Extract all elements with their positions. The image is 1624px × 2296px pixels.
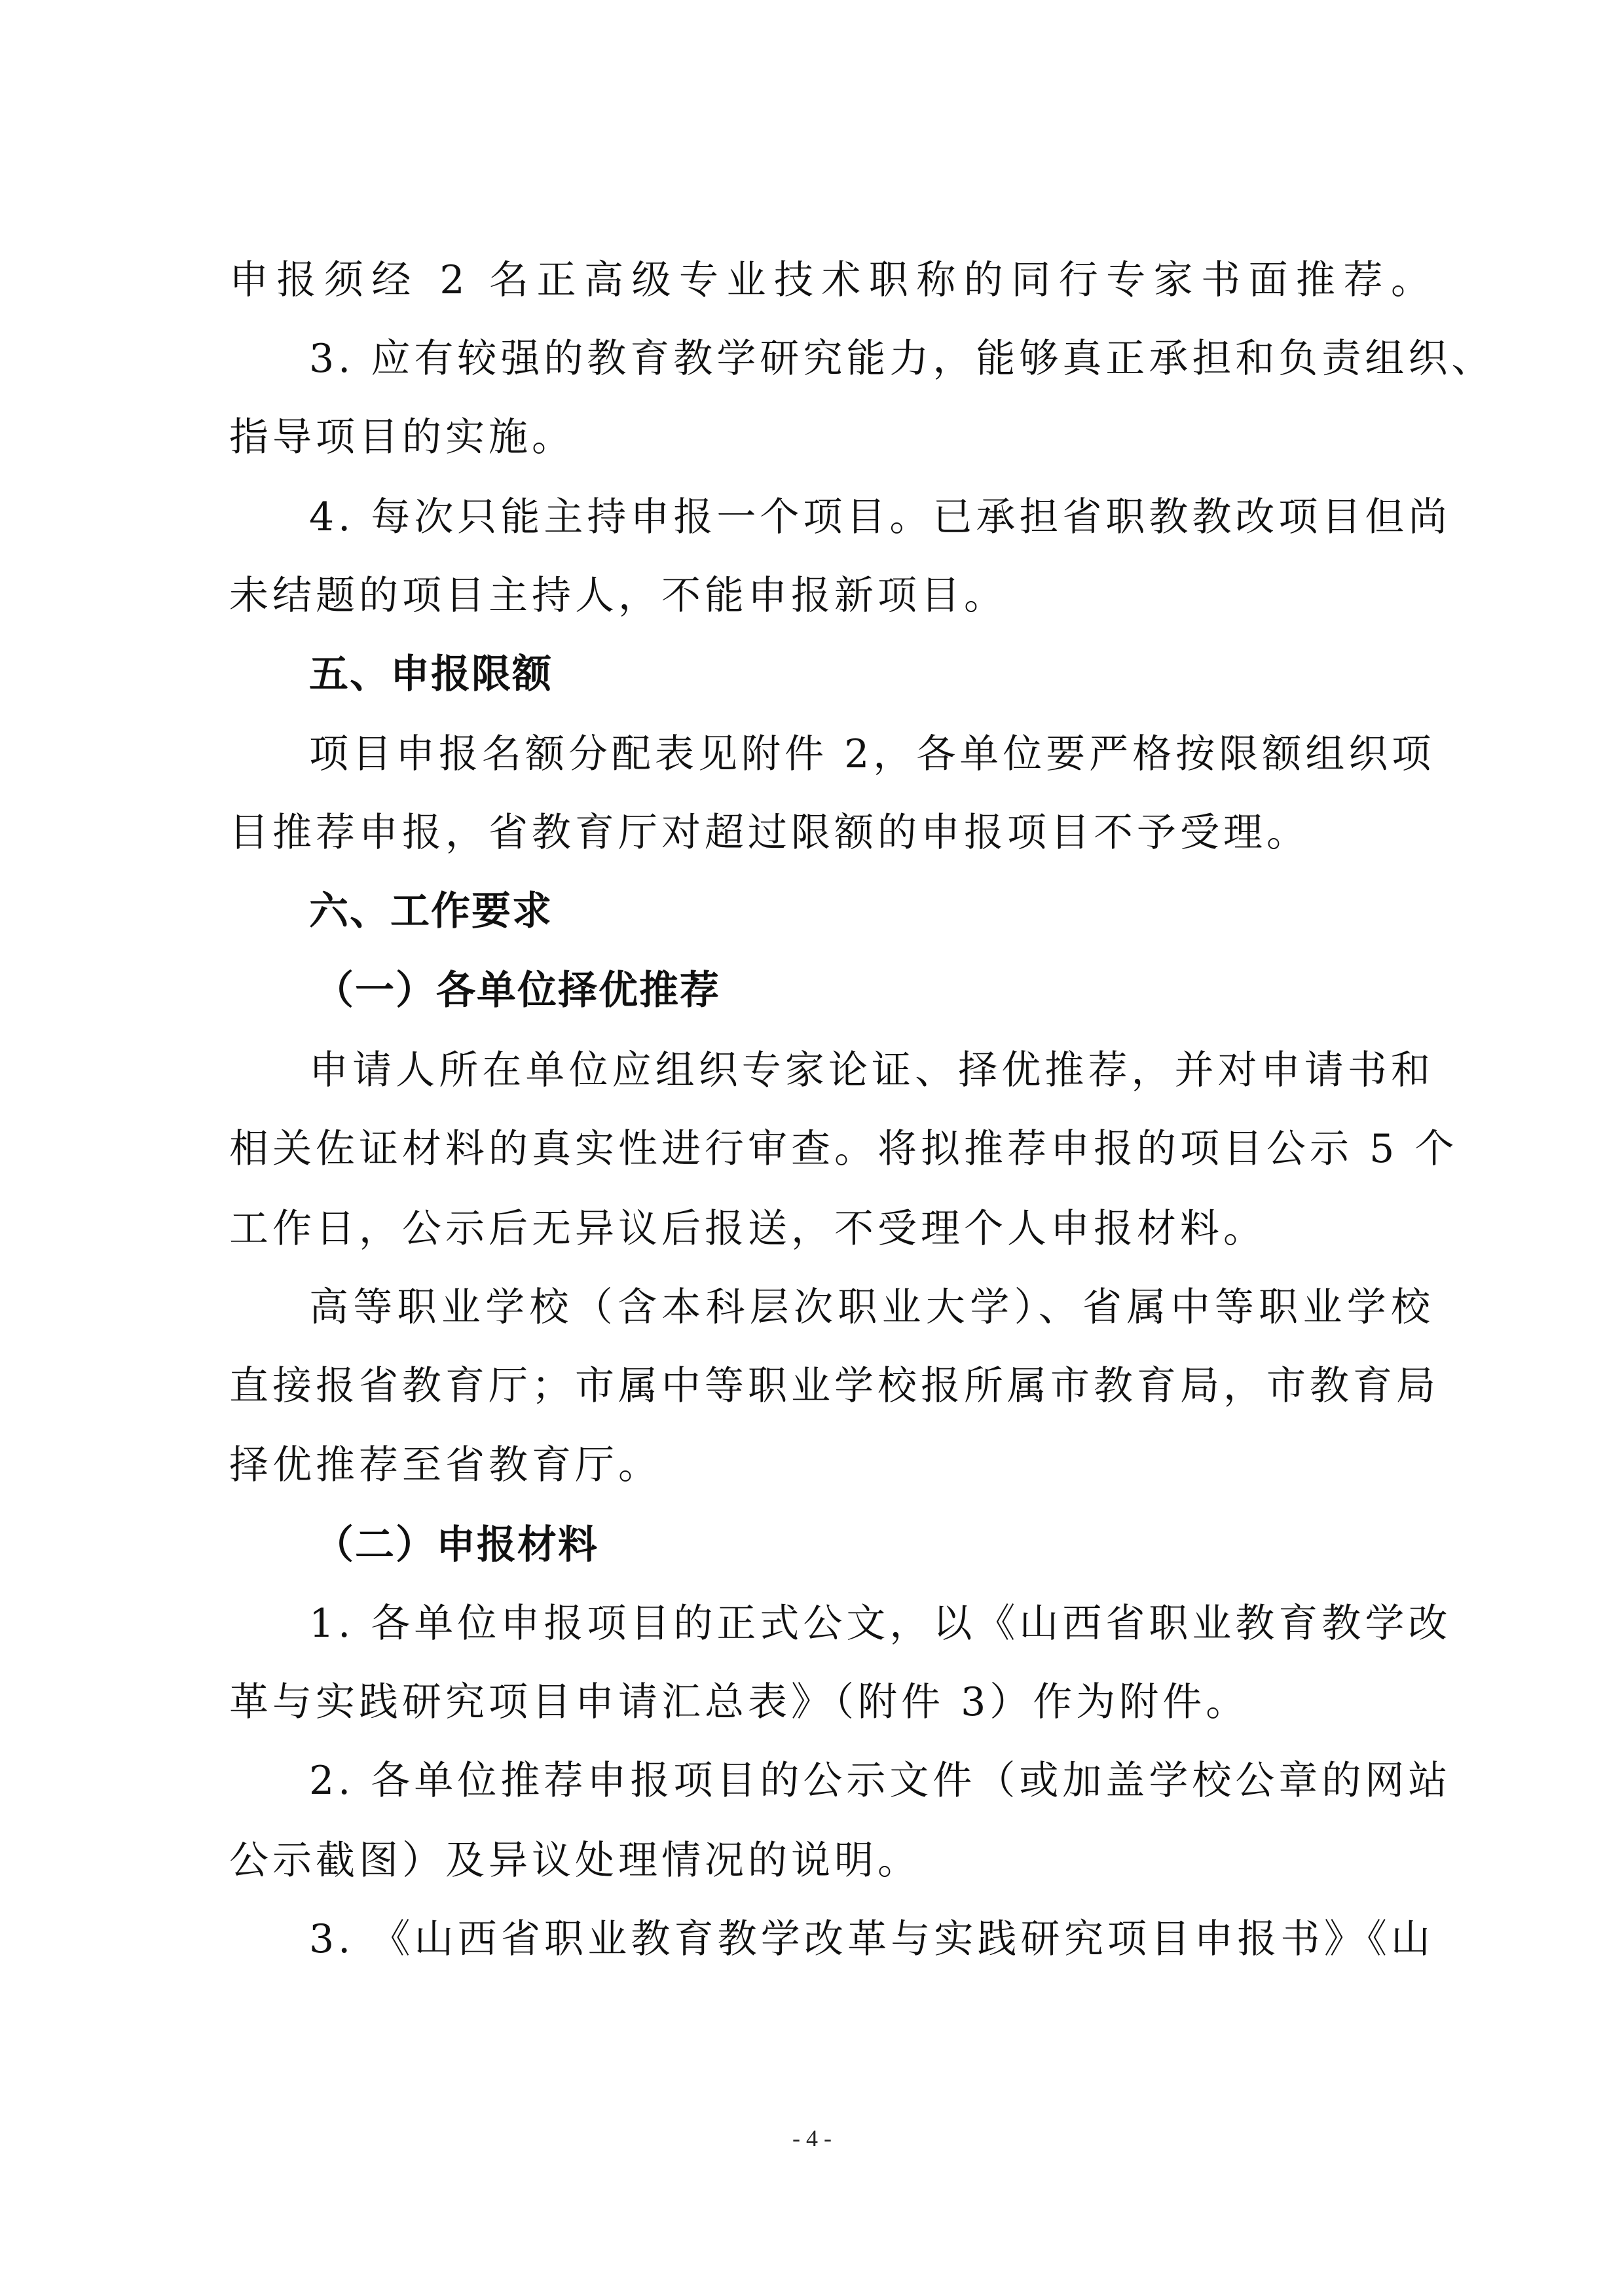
text-line: 直接报省教育厅；市属中等职业学校报所属市教育局，市教育局	[229, 1360, 1434, 1412]
list-item-1: 1. 各单位申报项目的正式公文，以《山西省职业教育教学改	[309, 1597, 1434, 1650]
text-line: 公示截图）及异议处理情况的说明。	[229, 1834, 1434, 1887]
page-number: - 4 -	[0, 2124, 1624, 2152]
list-item-2: 2. 各单位推荐申报项目的公示文件（或加盖学校公章的网站	[309, 1755, 1434, 1807]
text-line: 目推荐申报，省教育厅对超过限额的申报项目不予受理。	[229, 807, 1434, 859]
section-heading-5: 五、申报限额	[309, 648, 1514, 701]
paragraph-recommend: 申请人所在单位应组织专家论证、择优推荐，并对申请书和	[309, 1044, 1434, 1097]
text-line: 相关佐证材料的真实性进行审查。将拟推荐申报的项目公示 5 个	[229, 1123, 1434, 1175]
paragraph-submission: 高等职业学校（含本科层次职业大学）、省属中等职业学校	[309, 1281, 1434, 1334]
text-line: 指导项目的实施。	[229, 411, 1434, 464]
subheading-2: （二）申报材料	[314, 1519, 1519, 1571]
list-item-3: 3. 应有较强的教育教学研究能力，能够真正承担和负责组织、	[309, 333, 1434, 385]
text-line: 择优推荐至省教育厅。	[229, 1439, 1434, 1491]
subheading-1: （一）各单位择优推荐	[314, 964, 1519, 1017]
text-line: 工作日，公示后无异议后报送，不受理个人申报材料。	[229, 1203, 1434, 1255]
list-item-3b: 3. 《山西省职业教育教学改革与实践研究项目申报书》《山	[309, 1913, 1434, 1965]
section-heading-6: 六、工作要求	[309, 885, 1514, 938]
text-line: 革与实践研究项目申请汇总表》（附件 3）作为附件。	[229, 1676, 1434, 1728]
list-item-4: 4. 每次只能主持申报一个项目。已承担省职教教改项目但尚	[309, 491, 1434, 543]
paragraph-quota: 项目申报名额分配表见附件 2，各单位要严格按限额组织项	[309, 728, 1434, 780]
document-page: 申报须经 2 名正高级专业技术职称的同行专家书面推荐。 3. 应有较强的教育教学…	[0, 0, 1624, 2296]
text-line: 未结题的项目主持人，不能申报新项目。	[229, 570, 1434, 622]
text-line: 申报须经 2 名正高级专业技术职称的同行专家书面推荐。	[229, 254, 1434, 306]
